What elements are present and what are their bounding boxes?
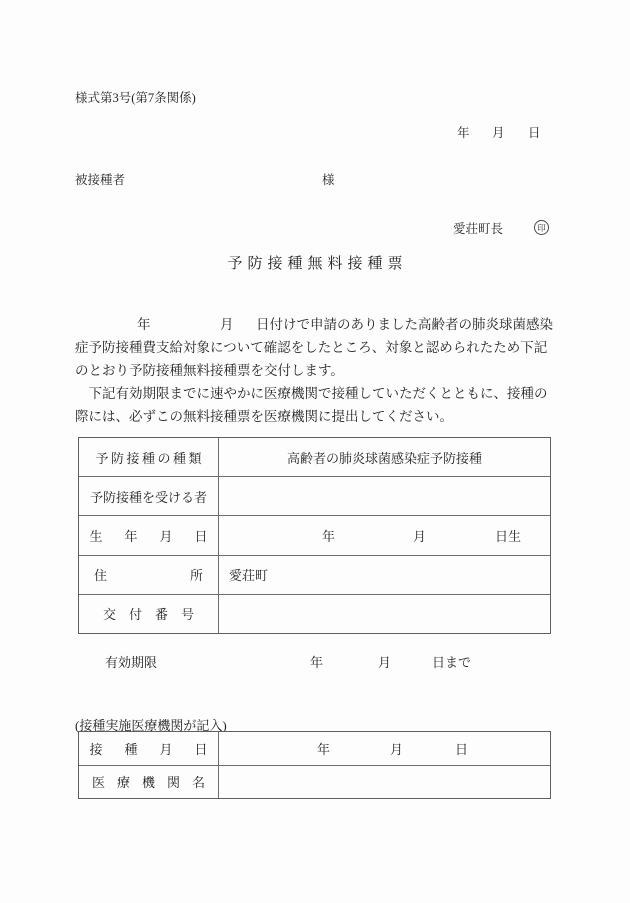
vaccination-date-label: 接種月日 [89, 739, 229, 758]
validity-year-label: 年 [310, 652, 323, 671]
address-label-left: 住 [94, 565, 107, 584]
issue-date-year-label: 年 [457, 124, 470, 142]
issue-date-month-label: 月 [492, 124, 505, 142]
table-row-issue-number: 交付番号 [79, 595, 550, 633]
vaccination-date-label-cell: 接種月日 [79, 732, 219, 765]
institution-name-label: 医療機関名 [92, 772, 217, 791]
table-row-address: 住 所 愛荘町 [79, 556, 550, 595]
recipient-line: 被接種者 様 [0, 171, 630, 189]
vaccine-type-value-cell: 高齢者の肺炎球菌感染症予防接種 [219, 438, 550, 476]
body-line-2: 症予防接種費支給対象について確認をしたところ、対象と認められたため下記 [75, 336, 565, 359]
issue-number-value-cell [219, 595, 550, 633]
form-number: 様式第3号(第7条関係) [75, 89, 196, 107]
validity-month-label: 月 [378, 652, 391, 671]
birth-year-label: 年 [322, 526, 335, 545]
vaccination-date-value-cell: 年 月 日 [219, 732, 550, 765]
recipient-honorific: 様 [322, 171, 335, 189]
table-row-birth-date: 生年月日 年 月 日生 [79, 516, 550, 555]
body-line-1-text: 日付けで申請のありました高齢者の肺炎球菌感染 [256, 313, 553, 336]
table-row-vaccination-date: 接種月日 年 月 日 [79, 732, 550, 766]
page-title: 予防接種無料接種票 [0, 252, 630, 273]
birth-month-label: 月 [413, 526, 426, 545]
birth-date-label-cell: 生年月日 [79, 516, 219, 554]
recipient-name-label: 予防接種を受ける者 [90, 487, 207, 506]
application-date-year-label: 年 [137, 313, 151, 336]
vaccine-type-value: 高齢者の肺炎球菌感染症予防接種 [287, 448, 482, 467]
institution-name-value-cell [219, 766, 550, 799]
recipient-label: 被接種者 [75, 171, 125, 189]
address-value: 愛荘町 [229, 565, 268, 584]
body-line-4: 下記有効期限までに速やかに医療機関で接種していただくとともに、接種の [75, 382, 565, 405]
issuer-line: 愛荘町長 印 [0, 220, 630, 238]
issue-number-label-cell: 交付番号 [79, 595, 219, 633]
issue-number-label: 交付番号 [103, 604, 207, 623]
address-value-cell: 愛荘町 [219, 556, 550, 594]
recipient-name-value-cell [219, 477, 550, 515]
seal-icon: 印 [534, 220, 549, 235]
issuer-name: 愛荘町長 [453, 220, 503, 238]
medical-institution-table: 接種月日 年 月 日 医療機関名 [78, 731, 551, 799]
body-line-5: 際には、必ずこの無料接種票を医療機関に提出してください。 [75, 405, 565, 428]
table-row-vaccine-type: 予防接種の種類 高齢者の肺炎球菌感染症予防接種 [79, 438, 550, 477]
vaccination-day-label: 日 [455, 739, 468, 758]
validity-day-label: 日まで [432, 652, 471, 671]
table-row-recipient-name: 予防接種を受ける者 [79, 477, 550, 516]
institution-name-label-cell: 医療機関名 [79, 766, 219, 799]
issue-date-day-label: 日 [528, 124, 541, 142]
document-page: 様式第3号(第7条関係) 年 月 日 被接種者 様 愛荘町長 印 予防接種無料接… [0, 0, 630, 903]
address-label-right: 所 [190, 565, 203, 584]
table-row-institution-name: 医療機関名 [79, 766, 550, 799]
application-date-month-label: 月 [220, 313, 234, 336]
vaccination-ticket-table: 予防接種の種類 高齢者の肺炎球菌感染症予防接種 予防接種を受ける者 生年月日 年… [78, 437, 551, 634]
vaccination-month-label: 月 [390, 739, 403, 758]
vaccination-year-label: 年 [317, 739, 330, 758]
issue-date-line: 年 月 日 [0, 124, 630, 142]
body-line-1: 年 月 日付けで申請のありました高齢者の肺炎球菌感染 [75, 313, 565, 336]
address-label-cell: 住 所 [79, 556, 219, 594]
birth-day-label: 日生 [495, 526, 521, 545]
validity-line: 有効期限 年 月 日まで [0, 652, 630, 670]
vaccine-type-label: 予防接種の種類 [95, 448, 204, 467]
vaccine-type-label-cell: 予防接種の種類 [79, 438, 219, 476]
body-line-3: のとおり予防接種無料接種票を交付します。 [75, 359, 565, 382]
validity-label: 有効期限 [105, 652, 157, 671]
birth-date-value-cell: 年 月 日生 [219, 516, 550, 554]
birth-date-label: 生年月日 [89, 526, 229, 545]
recipient-name-label-cell: 予防接種を受ける者 [79, 477, 219, 515]
